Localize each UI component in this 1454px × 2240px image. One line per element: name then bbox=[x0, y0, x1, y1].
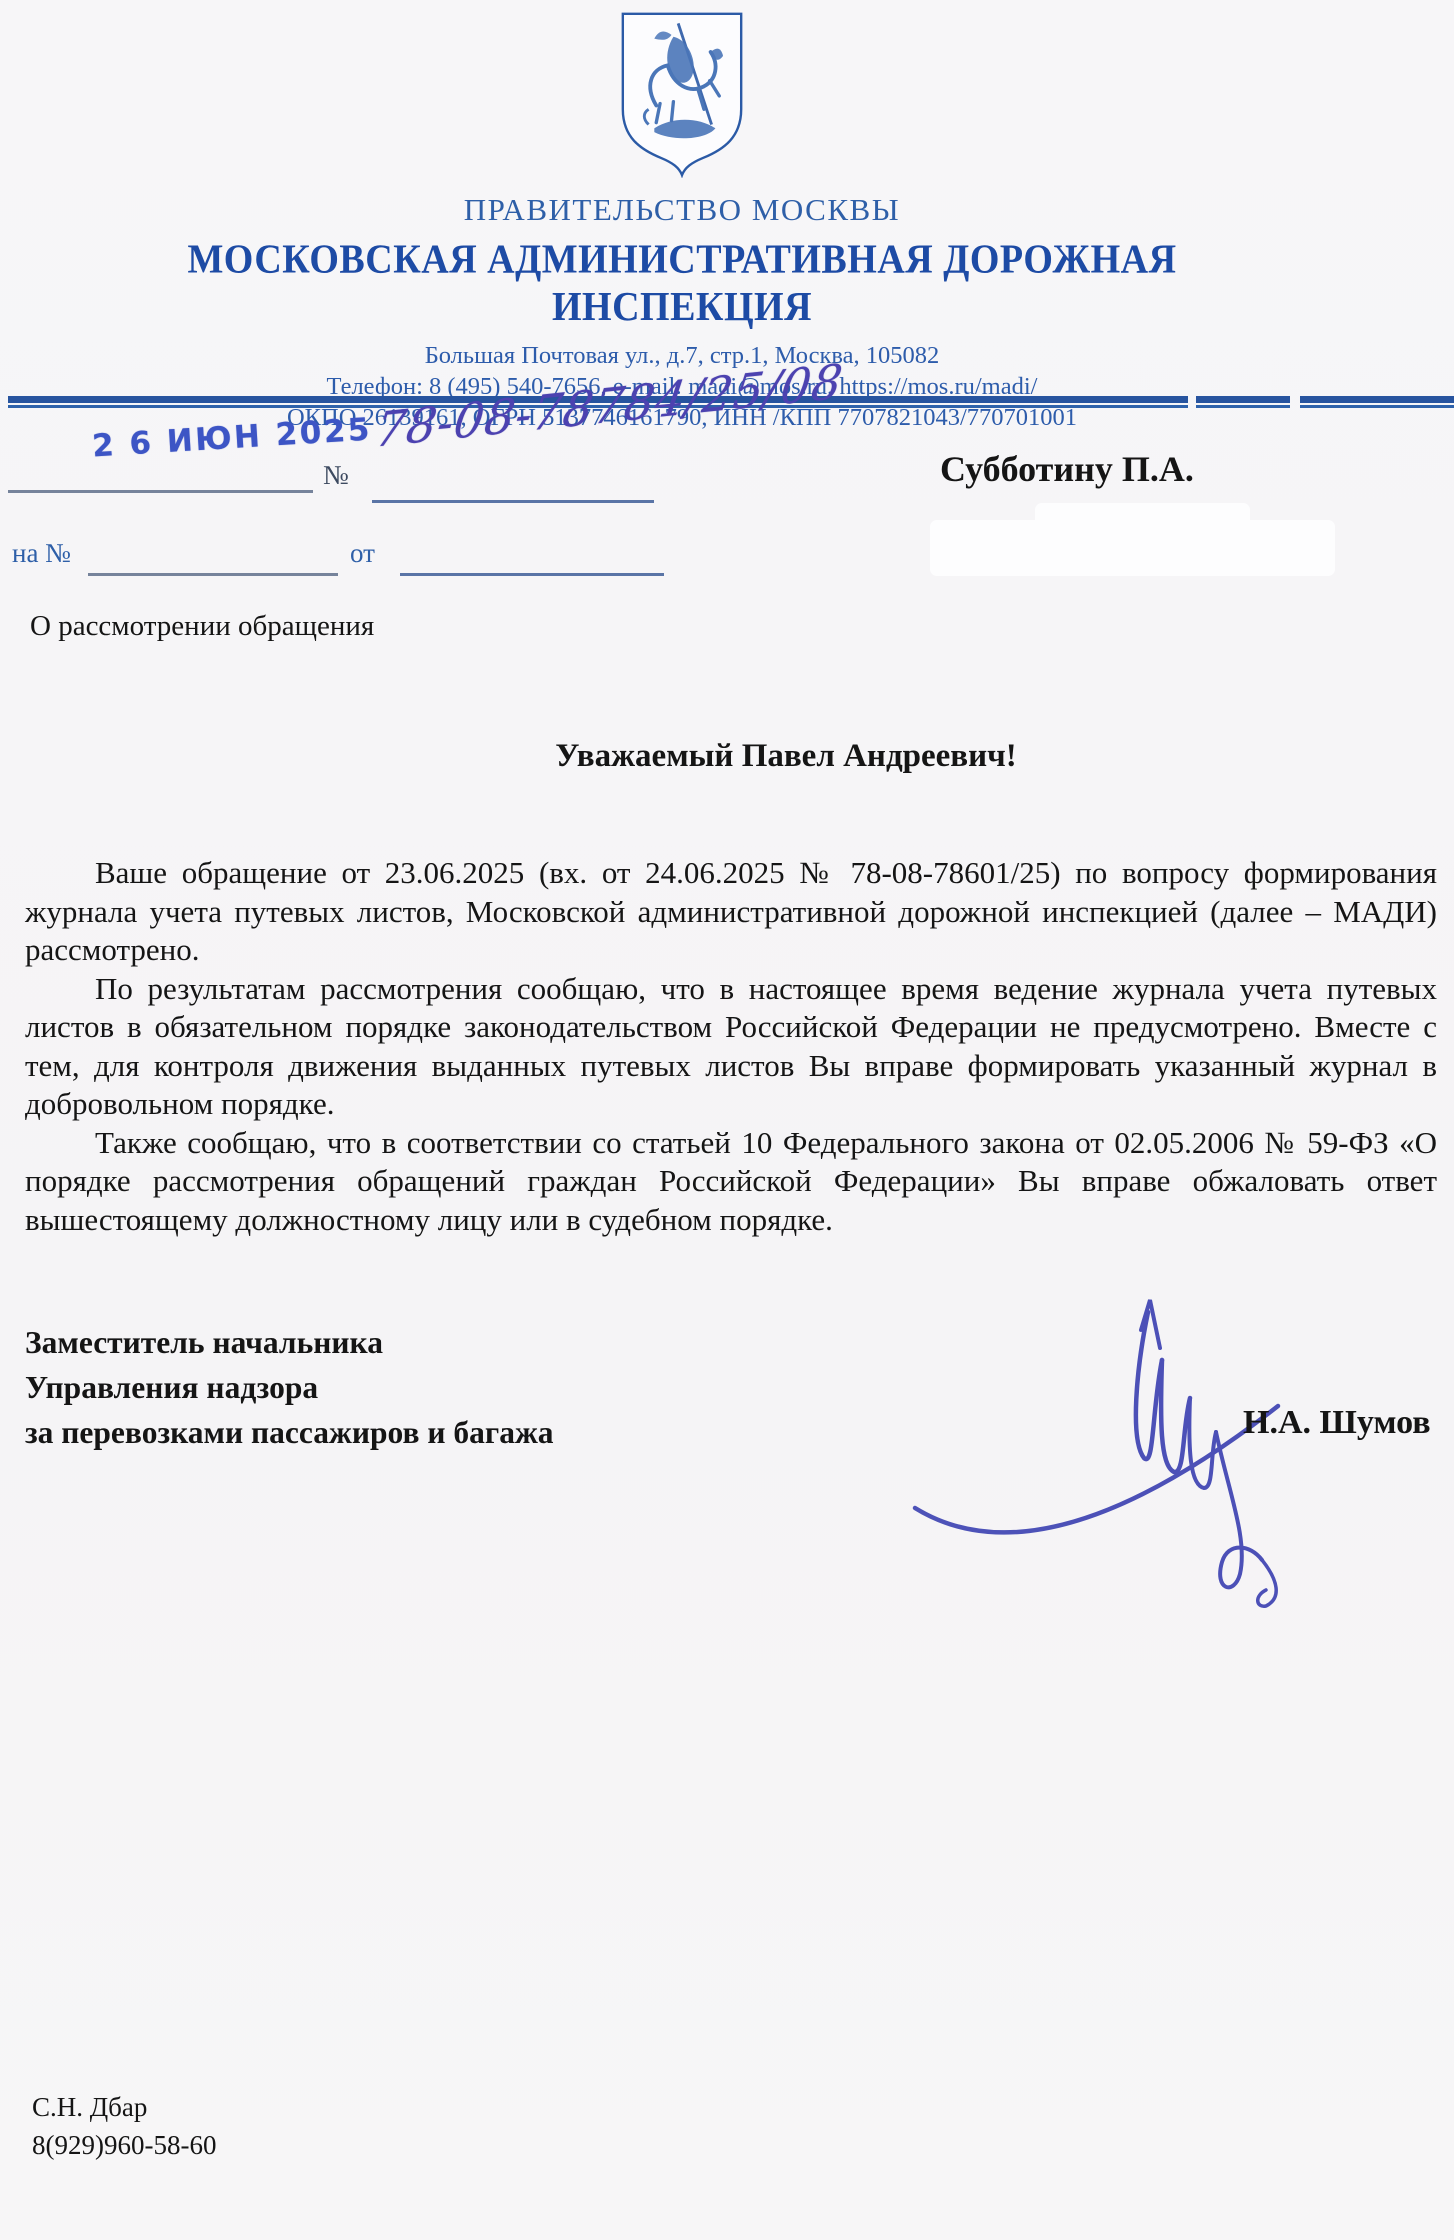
letterhead: ПРАВИТЕЛЬСТВО МОСКВЫ МОСКОВСКАЯ АДМИНИСТ… bbox=[80, 10, 1284, 433]
header-rule-segment-3 bbox=[1300, 396, 1454, 408]
signer-position-line: Управления надзора bbox=[25, 1365, 554, 1410]
in-reply-date-underline bbox=[400, 573, 664, 576]
number-underline bbox=[372, 500, 654, 503]
body-paragraph: Ваше обращение от 23.06.2025 (вх. от 24.… bbox=[25, 854, 1437, 970]
number-sign-label: № bbox=[323, 460, 349, 491]
government-title: ПРАВИТЕЛЬСТВО МОСКВЫ bbox=[80, 192, 1284, 228]
recipient-name: Субботину П.А. bbox=[940, 448, 1194, 490]
executor-name: С.Н. Дбар bbox=[32, 2088, 216, 2126]
body-paragraph: Также сообщаю, что в соответствии со ста… bbox=[25, 1124, 1437, 1240]
moscow-coat-of-arms-icon bbox=[615, 10, 749, 178]
date-underline bbox=[8, 490, 313, 493]
organization-title: МОСКОВСКАЯ АДМИНИСТРАТИВНАЯ ДОРОЖНАЯ ИНС… bbox=[80, 236, 1284, 331]
in-reply-prefix-label: на № bbox=[12, 538, 71, 569]
body-paragraph: По результатам рассмотрения сообщаю, что… bbox=[25, 970, 1437, 1124]
salutation: Уважаемый Павел Андреевич! bbox=[116, 738, 1454, 775]
in-reply-number-underline bbox=[88, 573, 338, 576]
letterhead-address: Большая Почтовая ул., д.7, стр.1, Москва… bbox=[80, 340, 1284, 371]
executor-block: С.Н. Дбар 8(929)960-58-60 bbox=[32, 2088, 216, 2164]
redacted-address-block-top bbox=[1035, 503, 1250, 533]
header-rule-segment-2 bbox=[1196, 396, 1290, 408]
signer-name: Н.А. Шумов bbox=[1243, 1404, 1431, 1442]
handwritten-signature-icon bbox=[830, 1290, 1340, 1620]
in-reply-from-label: от bbox=[350, 538, 375, 569]
scanned-letter-page: ПРАВИТЕЛЬСТВО МОСКВЫ МОСКОВСКАЯ АДМИНИСТ… bbox=[0, 0, 1454, 2240]
signer-position-line: за перевозками пассажиров и багажа bbox=[25, 1410, 554, 1455]
letter-body: Ваше обращение от 23.06.2025 (вх. от 24.… bbox=[25, 854, 1437, 1239]
signer-position: Заместитель начальника Управления надзор… bbox=[25, 1320, 554, 1455]
subject-line: О рассмотрении обращения bbox=[30, 610, 374, 643]
executor-phone: 8(929)960-58-60 bbox=[32, 2126, 216, 2164]
signer-position-line: Заместитель начальника bbox=[25, 1320, 554, 1365]
